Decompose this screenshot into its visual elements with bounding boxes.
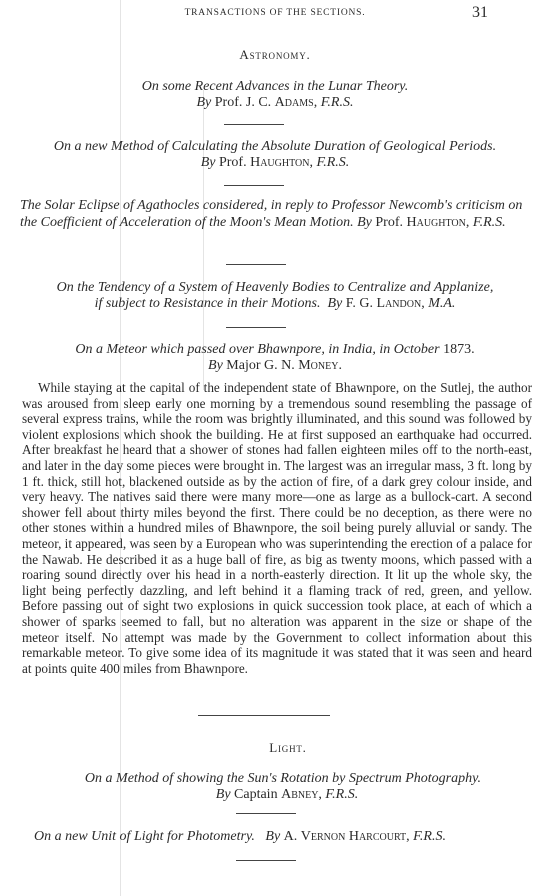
separator-rule	[226, 264, 286, 265]
separator-rule	[226, 327, 286, 328]
paper-abstract-paragraph: While staying at the capital of the inde…	[22, 380, 532, 676]
author-name: Abney	[281, 787, 318, 802]
author-name: Adams	[275, 95, 314, 110]
separator-rule	[224, 185, 284, 186]
separator-rule	[236, 813, 296, 814]
section-separator-rule	[198, 715, 330, 716]
author-name: Vernon Harcourt	[301, 829, 406, 844]
section-heading-astronomy: Astronomy.	[0, 47, 550, 63]
running-header: TRANSACTIONS OF THE SECTIONS.	[0, 8, 550, 18]
paper-byline: By Prof. Haughton, F.R.S.	[0, 154, 550, 171]
author-name: Landon	[377, 296, 422, 311]
author-name: Haughton	[250, 155, 309, 170]
paper-title: On some Recent Advances in the Lunar The…	[0, 78, 550, 95]
section-heading-light: Light.	[13, 740, 550, 756]
paper-title: On a new Method of Calculating the Absol…	[10, 138, 540, 155]
paper-byline: By Major G. N. Money.	[0, 357, 550, 374]
paper-title: On the Tendency of a System of Heavenly …	[10, 279, 540, 296]
author-name: Haughton	[407, 215, 466, 230]
document-page: TRANSACTIONS OF THE SECTIONS. 31 Astrono…	[0, 0, 550, 896]
page-number: 31	[472, 4, 488, 22]
paper-byline: By Prof. J. C. Adams, F.R.S.	[0, 94, 550, 111]
paper-byline: By Captain Abney, F.R.S.	[12, 786, 550, 803]
author-name: Money.	[298, 358, 342, 373]
separator-rule	[236, 860, 296, 861]
paper-title-with-byline: The Solar Eclipse of Agathocles consider…	[20, 197, 530, 231]
paper-title-line2-with-byline: if subject to Resistance in their Motion…	[0, 295, 550, 312]
paper-title-with-byline: On a new Unit of Light for Photometry. B…	[34, 828, 446, 845]
paper-title: On a Method of showing the Sun's Rotatio…	[8, 770, 550, 787]
paper-title: On a Meteor which passed over Bhawnpore,…	[0, 341, 550, 358]
separator-rule	[224, 124, 284, 125]
